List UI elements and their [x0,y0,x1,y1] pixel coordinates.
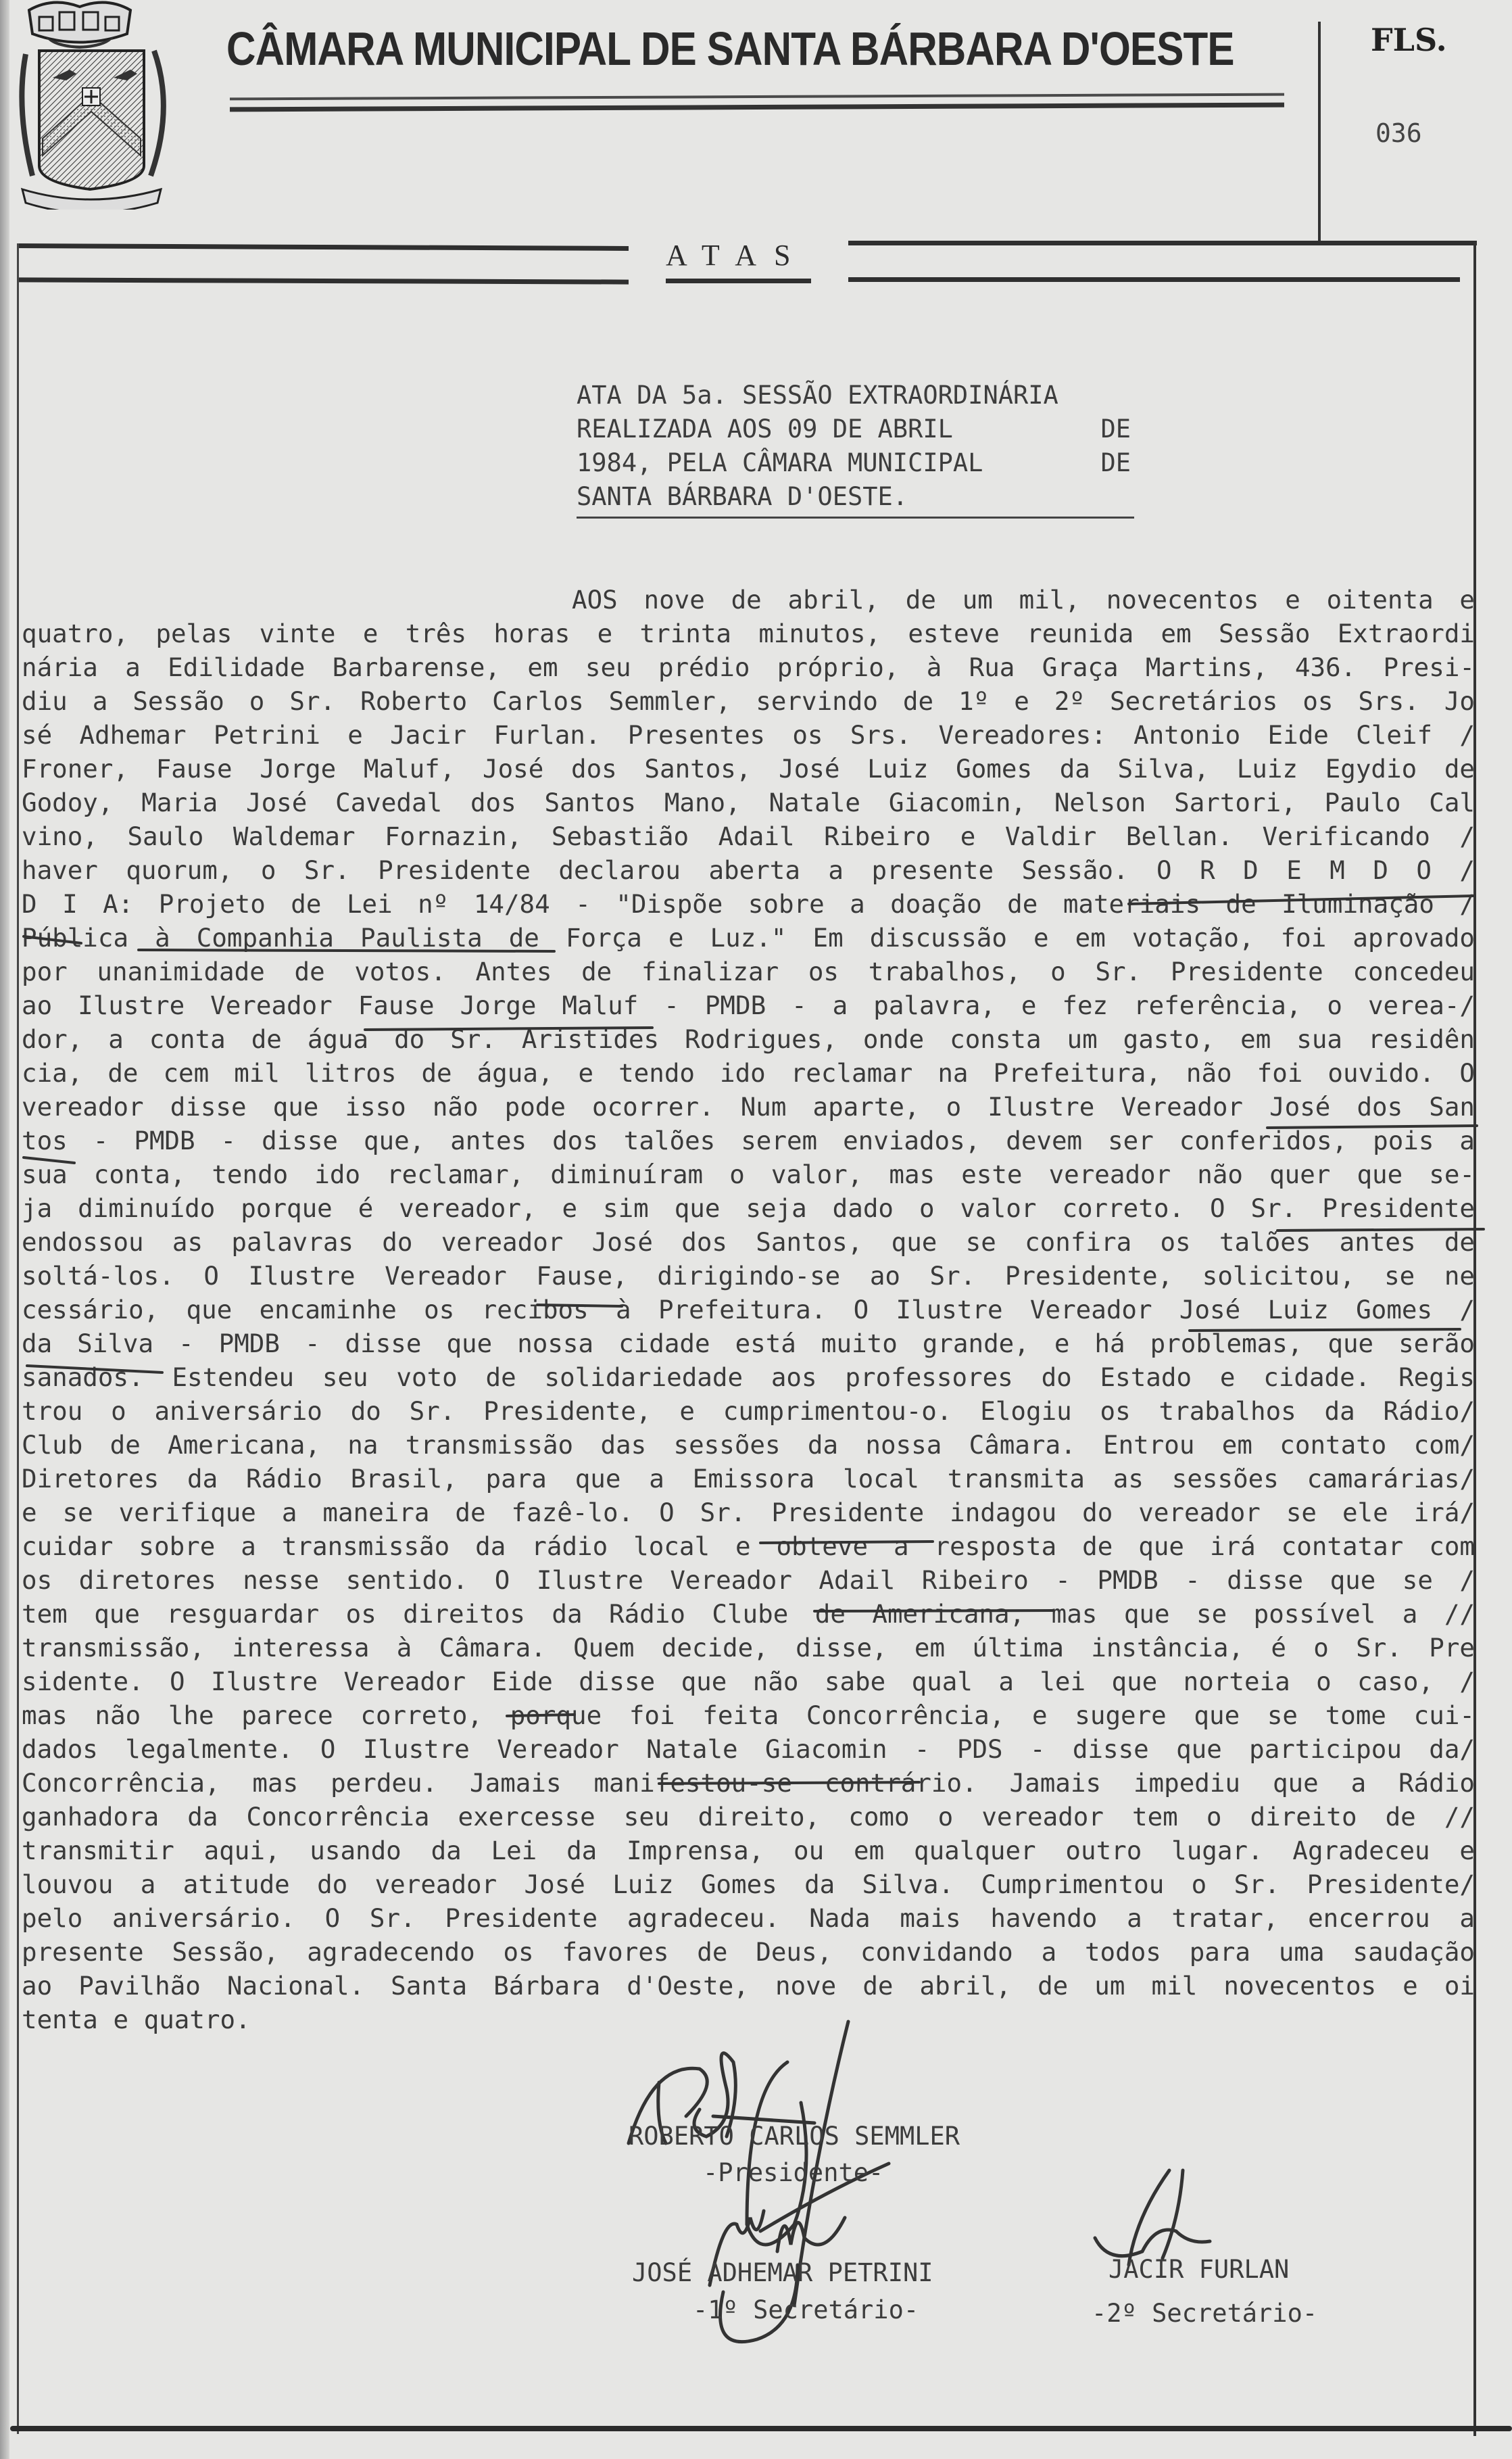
second-secretary-name: JACIR FURLAN [1108,2255,1289,2284]
first-secretary-name: JOSÉ ADHEMAR PETRINI [632,2258,933,2287]
second-secretary-role: -2º Secretário- [1092,2299,1317,2328]
first-secretary-role: -1º Secretário- [693,2295,919,2324]
president-name: ROBERTO CARLOS SEMMLER [629,2122,960,2151]
